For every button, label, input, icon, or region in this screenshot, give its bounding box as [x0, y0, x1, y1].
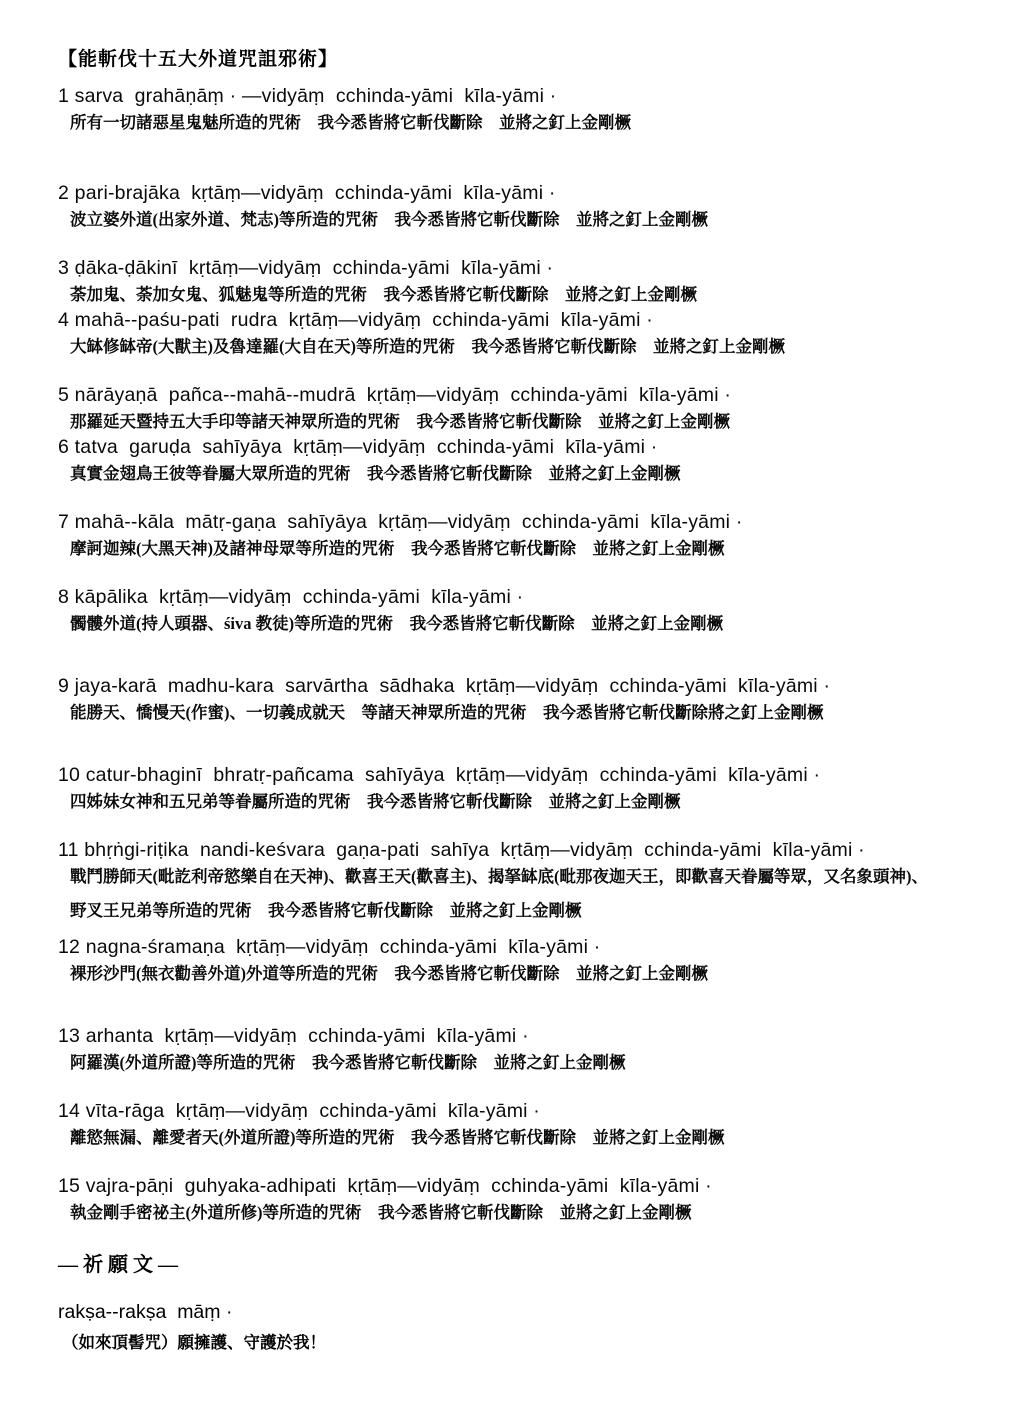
chinese-translation: 那羅延天暨持五大手印等諸天神眾所造的咒術 我今悉皆將它斬伐斷除 並將之釘上金剛橛 [58, 411, 992, 433]
sanskrit-line: 4 mahā--paśu-pati rudra kṛtāṃ—vidyāṃ cch… [58, 309, 992, 332]
mantra-item-10: 10 catur-bhaginī bhratṛ-pañcama sahīyāya… [58, 764, 992, 813]
chinese-translation: 髑髏外道(持人頭器、śiva 教徒)等所造的咒術 我今悉皆將它斬伐斷除 並將之釘… [58, 613, 992, 635]
mantra-item-1: 1 sarva grahāṇāṃ · —vidyāṃ cchinda-yāmi … [58, 85, 992, 134]
page-title: 【能斬伐十五大外道咒詛邪術】 [58, 44, 992, 71]
sanskrit-line: 13 arhanta kṛtāṃ—vidyāṃ cchinda-yāmi kīl… [58, 1025, 992, 1048]
chinese-translation: 波立婆外道(出家外道、梵志)等所造的咒術 我今悉皆將它斬伐斷除 並將之釘上金剛橛 [58, 209, 992, 231]
chinese-translation-continued: 野叉王兄弟等所造的咒術 我今悉皆將它斬伐斷除 並將之釘上金剛橛 [58, 900, 992, 922]
mantra-item-6: 6 tatva garuḍa sahīyāya kṛtāṃ—vidyāṃ cch… [58, 436, 992, 485]
sanskrit-line: 14 vīta-rāga kṛtāṃ—vidyāṃ cchinda-yāmi k… [58, 1100, 992, 1123]
mantra-item-8: 8 kāpālika kṛtāṃ—vidyāṃ cchinda-yāmi kīl… [58, 586, 992, 635]
sanskrit-line: 6 tatva garuḍa sahīyāya kṛtāṃ—vidyāṃ cch… [58, 436, 992, 459]
mantra-item-9: 9 jaya-karā madhu-kara sarvārtha sādhaka… [58, 675, 992, 724]
sanskrit-line: 1 sarva grahāṇāṃ · —vidyāṃ cchinda-yāmi … [58, 85, 992, 108]
chinese-translation: 執金剛手密祕主(外道所修)等所造的咒術 我今悉皆將它斬伐斷除 並將之釘上金剛橛 [58, 1202, 992, 1224]
sanskrit-line: 12 nagna-śramaṇa kṛtāṃ—vidyāṃ cchinda-yā… [58, 936, 992, 959]
chinese-translation: 大缽修缽帝(大獸主)及魯達羅(大自在天)等所造的咒術 我今悉皆將它斬伐斷除 並將… [58, 336, 992, 358]
sanskrit-line: 5 nārāyaṇā pañca--mahā--mudrā kṛtāṃ—vidy… [58, 384, 992, 407]
sanskrit-line: 10 catur-bhaginī bhratṛ-pañcama sahīyāya… [58, 764, 992, 787]
chinese-translation: 摩訶迦辣(大黑天神)及諸神母眾等所造的咒術 我今悉皆將它斬伐斷除 並將之釘上金剛… [58, 538, 992, 560]
chinese-translation: 離慾無漏、離愛者天(外道所證)等所造的咒術 我今悉皆將它斬伐斷除 並將之釘上金剛… [58, 1127, 992, 1149]
chinese-translation: 能勝天、憍慢天(作蜜)、一切義成就天 等諸天神眾所造的咒術 我今悉皆將它斬伐斷除… [58, 702, 992, 724]
sanskrit-line: 9 jaya-karā madhu-kara sarvārtha sādhaka… [58, 675, 992, 698]
mantra-item-12: 12 nagna-śramaṇa kṛtāṃ—vidyāṃ cchinda-yā… [58, 936, 992, 985]
mantra-item-11: 11 bhṛṅgi-riṭika nandi-keśvara gaṇa-pati… [58, 839, 992, 922]
chinese-translation: 戰鬥勝師天(毗訖利帝慾樂自在天神)、歡喜王天(歡喜主)、揭拏缽底(毗那夜迦天王，… [58, 866, 992, 888]
sutra-page: 【能斬伐十五大外道咒詛邪術】 1 sarva grahāṇāṃ · —vidyā… [58, 44, 992, 1353]
prayer-chinese-translation: （如來頂髻咒）願擁護、守護於我！ [58, 1329, 992, 1353]
mantra-item-3: 3 ḍāka-ḍākinī kṛtāṃ—vidyāṃ cchinda-yāmi … [58, 257, 992, 306]
mantra-item-7: 7 mahā--kāla mātṛ-gaṇa sahīyāya kṛtāṃ—vi… [58, 511, 992, 560]
sanskrit-line: 15 vajra-pāṇi guhyaka-adhipati kṛtāṃ—vid… [58, 1175, 992, 1198]
mantra-item-5: 5 nārāyaṇā pañca--mahā--mudrā kṛtāṃ—vidy… [58, 384, 992, 433]
sanskrit-line: 3 ḍāka-ḍākinī kṛtāṃ—vidyāṃ cchinda-yāmi … [58, 257, 992, 280]
mantra-item-14: 14 vīta-rāga kṛtāṃ—vidyāṃ cchinda-yāmi k… [58, 1100, 992, 1149]
mantra-item-15: 15 vajra-pāṇi guhyaka-adhipati kṛtāṃ—vid… [58, 1175, 992, 1224]
mantra-item-4: 4 mahā--paśu-pati rudra kṛtāṃ—vidyāṃ cch… [58, 309, 992, 358]
chinese-translation: 所有一切諸惡星鬼魅所造的咒術 我今悉皆將它斬伐斷除 並將之釘上金剛橛 [58, 112, 992, 134]
chinese-translation: 荼加鬼、荼加女鬼、狐魅鬼等所造的咒術 我今悉皆將它斬伐斷除 並將之釘上金剛橛 [58, 284, 992, 306]
chinese-translation: 四姊妹女神和五兄弟等眷屬所造的咒術 我今悉皆將它斬伐斷除 並將之釘上金剛橛 [58, 791, 992, 813]
sanskrit-line: 2 pari-brajāka kṛtāṃ—vidyāṃ cchinda-yāmi… [58, 182, 992, 205]
sanskrit-line: 11 bhṛṅgi-riṭika nandi-keśvara gaṇa-pati… [58, 839, 992, 862]
sanskrit-line: 7 mahā--kāla mātṛ-gaṇa sahīyāya kṛtāṃ—vi… [58, 511, 992, 534]
prayer-sanskrit-line: rakṣa--rakṣa māṃ · [58, 1301, 992, 1324]
sanskrit-line: 8 kāpālika kṛtāṃ—vidyāṃ cchinda-yāmi kīl… [58, 586, 992, 609]
prayer-section-heading: —祈願文— [58, 1248, 992, 1277]
chinese-translation: 裸形沙門(無衣勸善外道)外道等所造的咒術 我今悉皆將它斬伐斷除 並將之釘上金剛橛 [58, 963, 992, 985]
chinese-translation: 阿羅漢(外道所證)等所造的咒術 我今悉皆將它斬伐斷除 並將之釘上金剛橛 [58, 1052, 992, 1074]
mantra-item-2: 2 pari-brajāka kṛtāṃ—vidyāṃ cchinda-yāmi… [58, 182, 992, 231]
chinese-translation: 真實金翅鳥王彼等眷屬大眾所造的咒術 我今悉皆將它斬伐斷除 並將之釘上金剛橛 [58, 463, 992, 485]
mantra-item-13: 13 arhanta kṛtāṃ—vidyāṃ cchinda-yāmi kīl… [58, 1025, 992, 1074]
